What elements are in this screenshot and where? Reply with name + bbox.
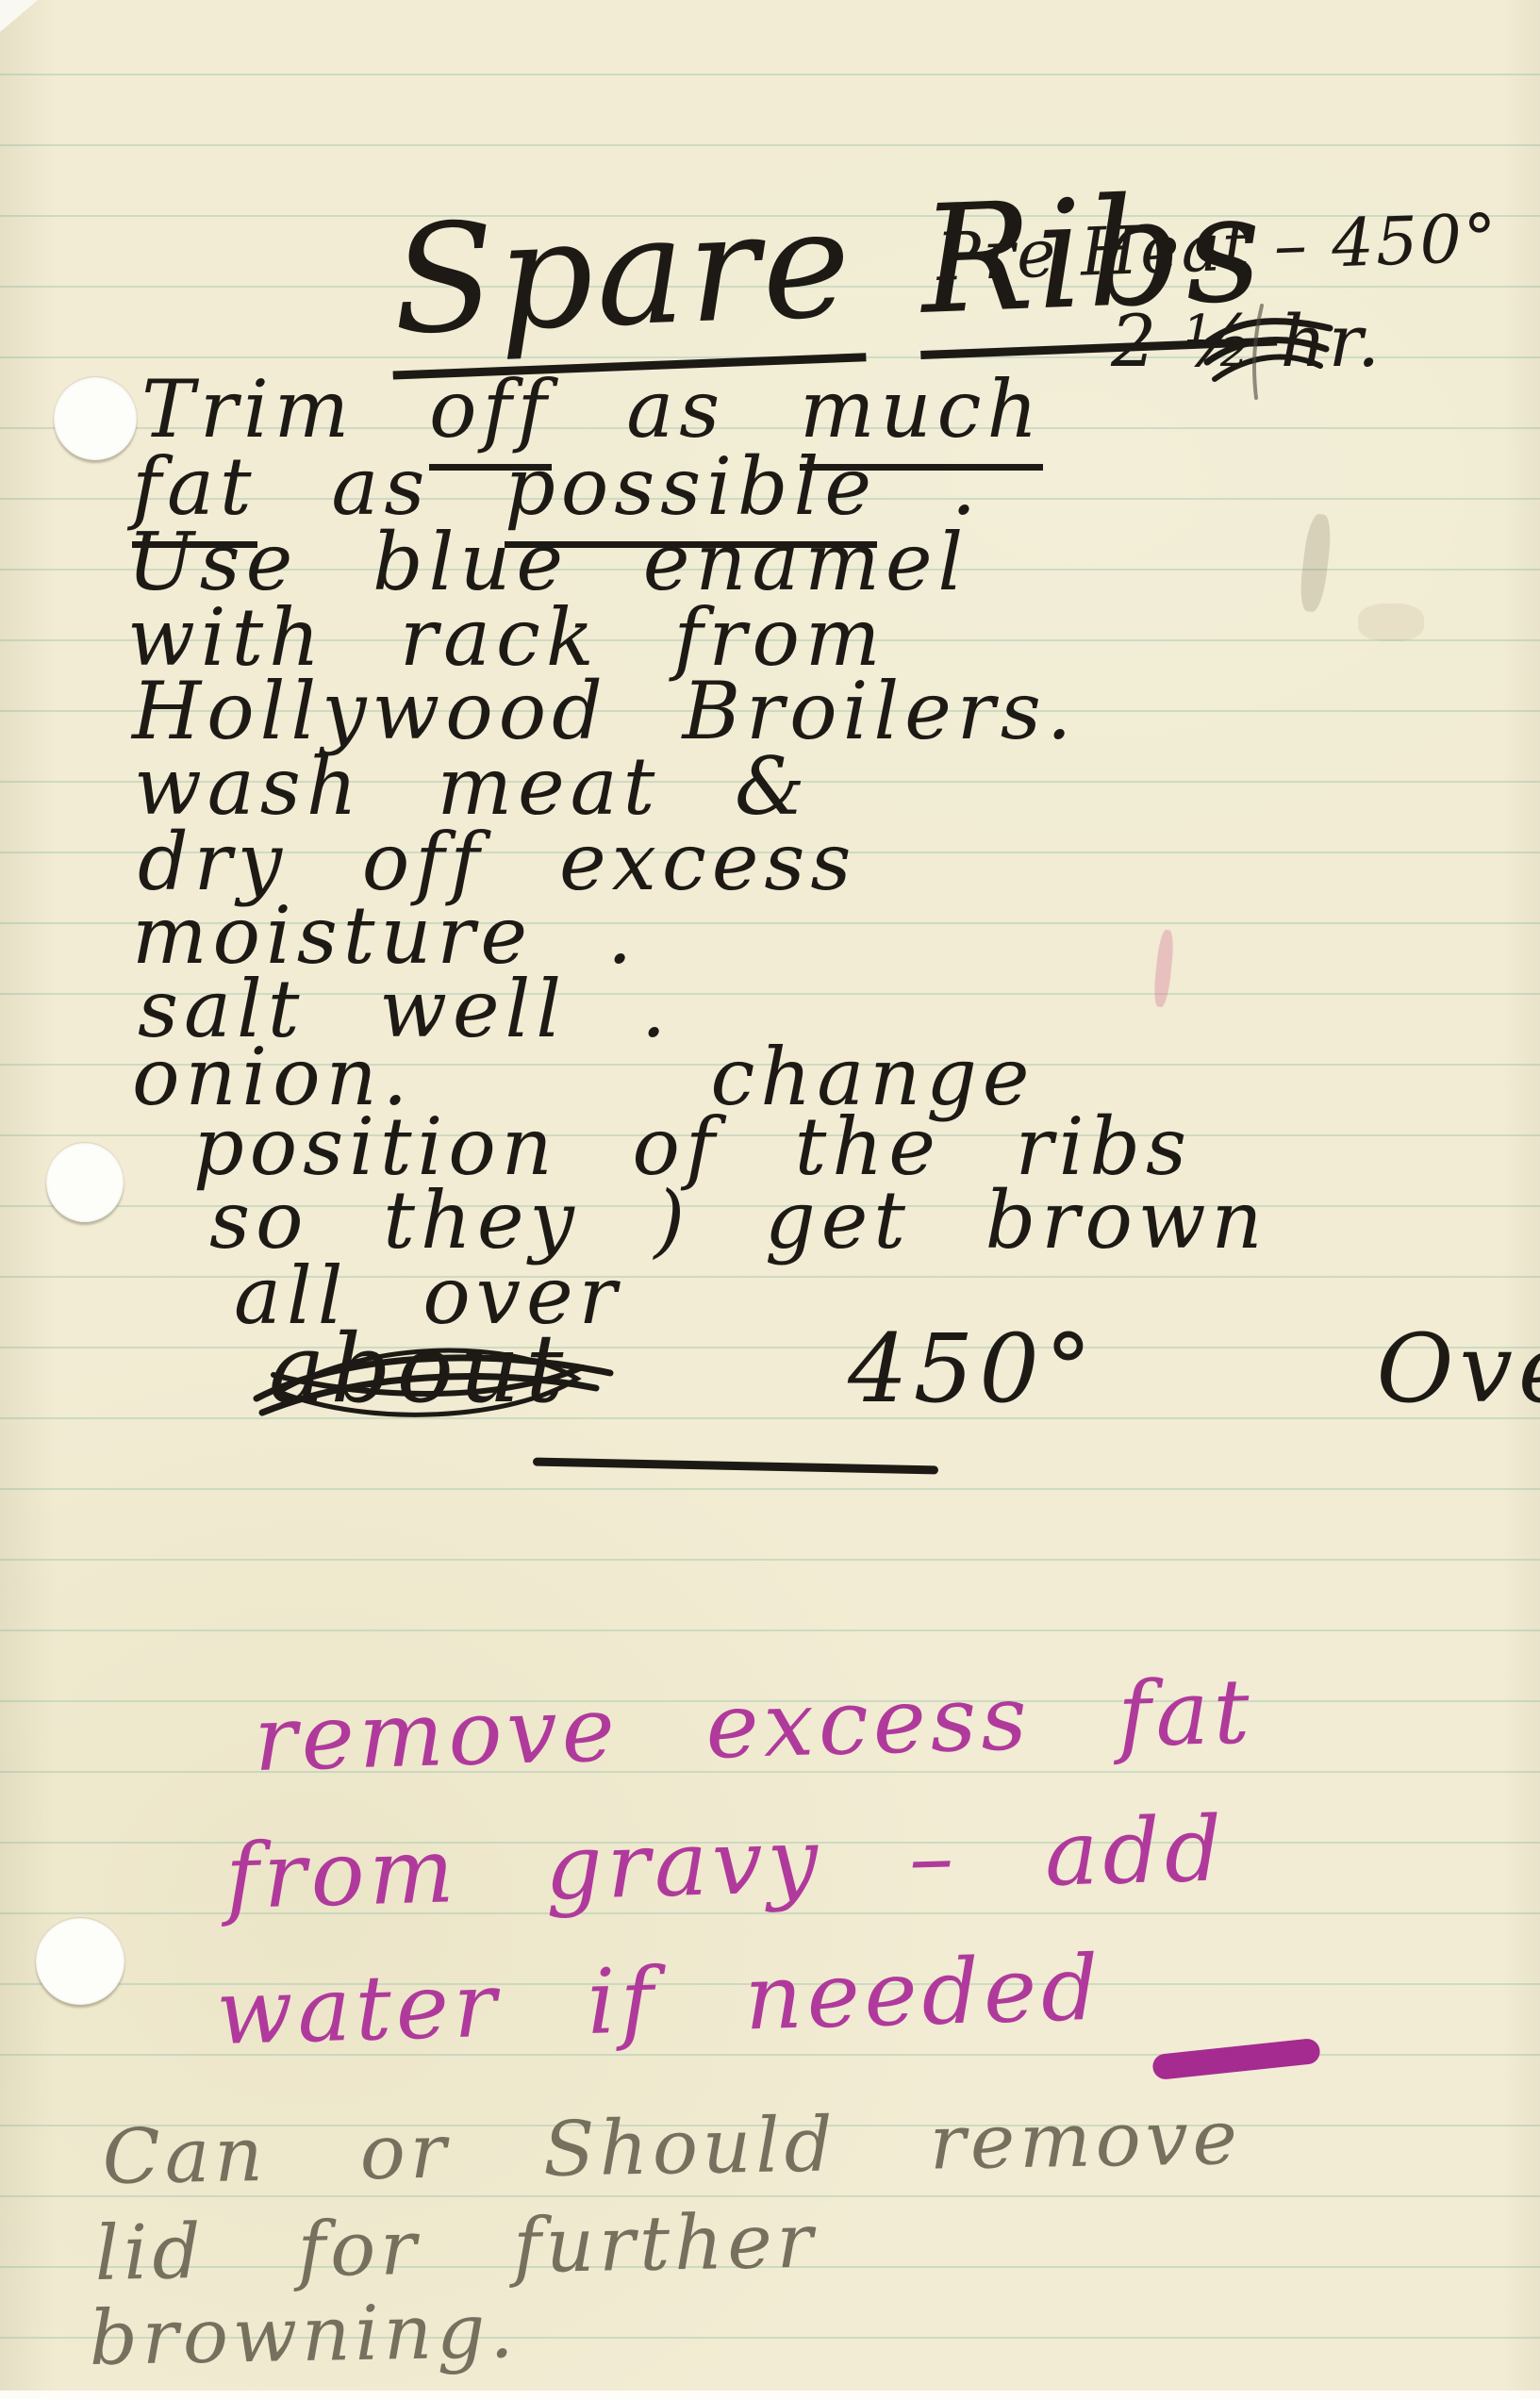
body-line: Hollywood Broilers.: [132, 671, 1077, 751]
paper-corner: [0, 0, 38, 32]
preheat-note: Pre Heat – 450°: [936, 205, 1499, 290]
hole-punch: [54, 377, 137, 460]
pencil-note-line: browning.: [89, 2293, 519, 2376]
body-line: fat as possible .: [132, 447, 982, 526]
pencil-note-line: lid for further: [94, 2204, 818, 2291]
duration-note: 2 ½ hr.: [1111, 306, 1382, 377]
recipe-card-scan: SpareRibs Pre Heat – 450° 2 ½ hr. Trim o…: [0, 0, 1540, 2399]
pink-note-line: from gravy – add: [224, 1805, 1228, 1923]
gray-smudge: [1298, 513, 1333, 613]
paper-stain: [1358, 604, 1424, 641]
struck-word: about: [269, 1314, 569, 1424]
body-line: wash meat &: [134, 747, 811, 826]
hole-punch: [36, 1918, 124, 2005]
pink-note-line: remove excess fat: [253, 1667, 1255, 1785]
duration-fraction: ½: [1184, 299, 1255, 383]
paper-bottom-edge: [0, 2391, 1540, 2399]
body-line: Use blue enamel: [127, 522, 969, 602]
title-word: Spare: [386, 189, 866, 379]
pink-underline-swash: [1151, 2038, 1321, 2080]
pencil-note-line: Can or Should remove: [102, 2100, 1242, 2195]
pink-note-line: water if needed: [215, 1944, 1104, 2059]
hand-underline: [533, 1457, 938, 1474]
oven-line: about 450° Oven: [269, 1322, 1540, 1416]
pink-smudge: [1152, 929, 1175, 1007]
body-line: so they ) get brown: [209, 1181, 1268, 1260]
body-line: Trim off as much: [141, 370, 1043, 449]
hole-punch: [46, 1143, 124, 1222]
